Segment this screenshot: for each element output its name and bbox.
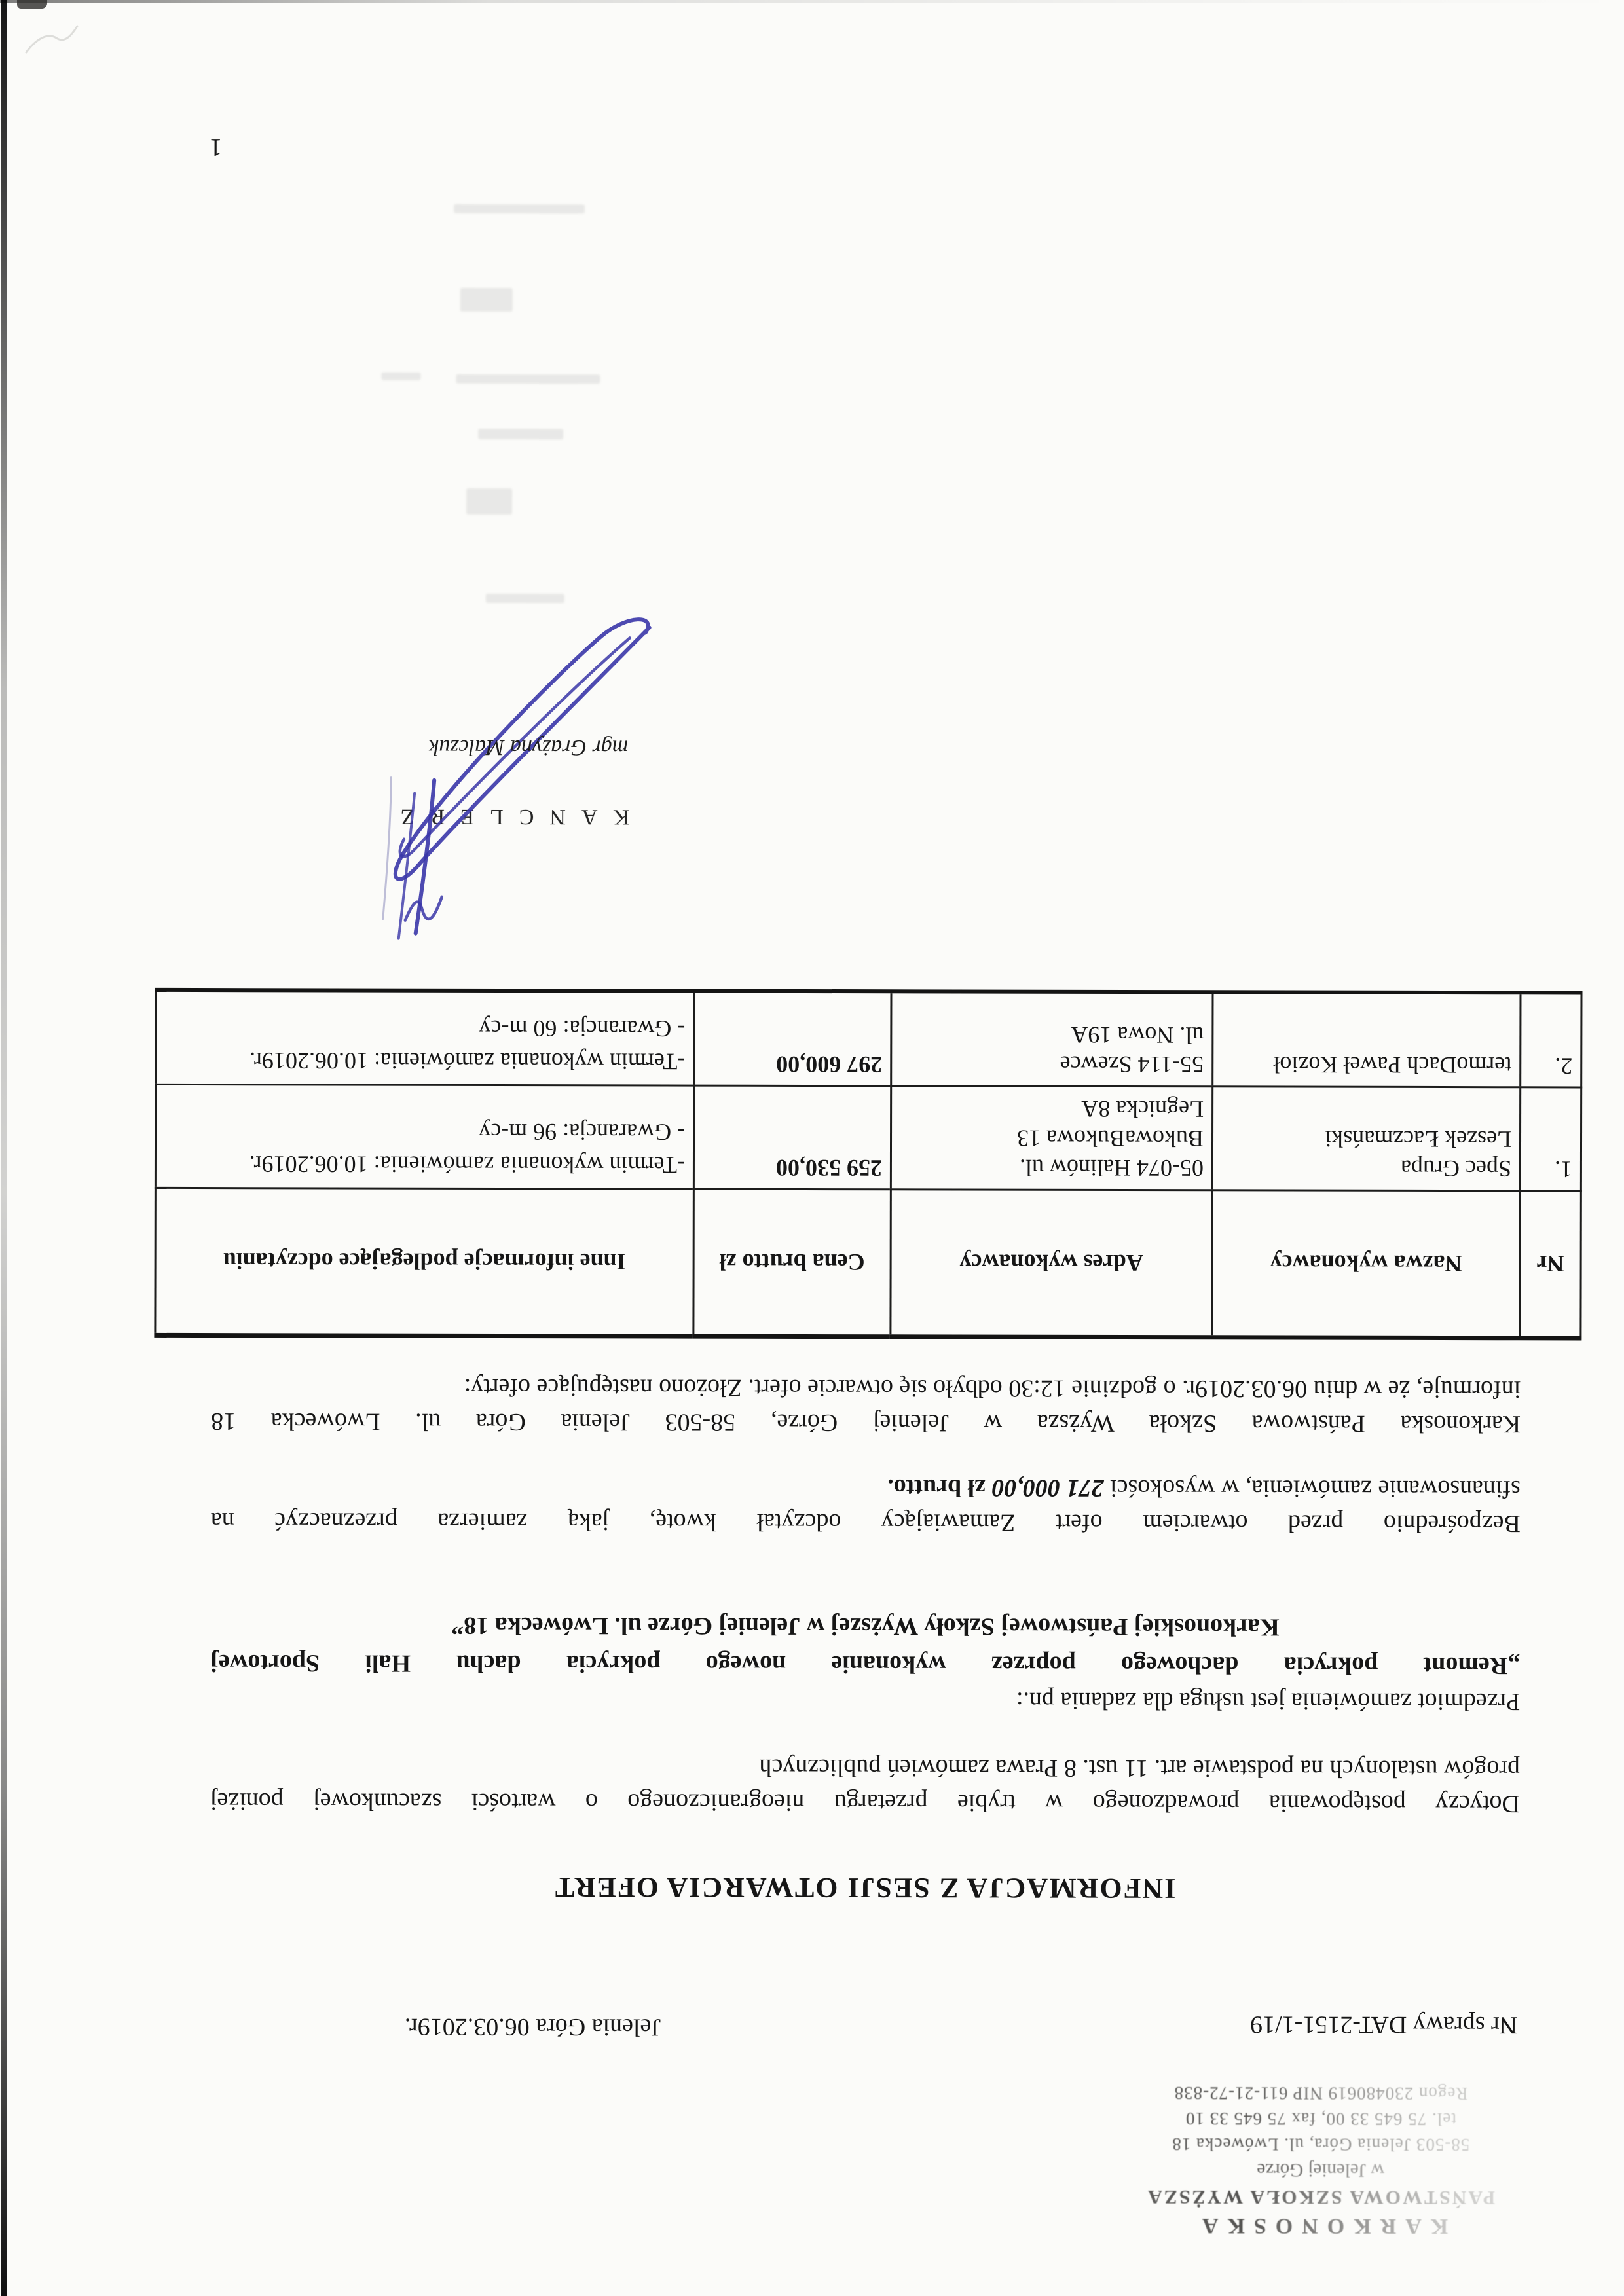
stamp-line: PAŃSTWOWA SZKOŁA WYŻSZA xyxy=(1105,2183,1537,2211)
row2-info-line: - Gwarancja: 60 m-cy xyxy=(164,1011,685,1046)
budget-amount: 271 000,00 xyxy=(992,1474,1104,1502)
row2-address-line: 55-114 Szewce xyxy=(900,1049,1204,1079)
row1-address-line: BukowaBukowa 13 xyxy=(900,1123,1204,1153)
budget-line-2-suffix: zł brutto. xyxy=(887,1474,991,1501)
task-name-line-2: Karkonoskiej Państwowej Szkoły Wyższej w… xyxy=(210,1606,1520,1647)
session-line-1: Karkonoska Państwowa Szkoła Wyższa w Jel… xyxy=(211,1404,1521,1441)
row1-address-line: Legnicka 8A xyxy=(900,1093,1204,1123)
row1-address: 05-074 Halinów ul. BukowaBukowa 13 Legni… xyxy=(891,1086,1212,1190)
budget-paragraph: Bezpośrednio przed otwarciem ofert Zamaw… xyxy=(211,1468,1521,1540)
row2-nr: 2. xyxy=(1521,993,1581,1087)
stamp-line: KARKONOSKA xyxy=(1105,2210,1537,2241)
row1-info: -Termin wykonania zamówienia: 10.06.2019… xyxy=(155,1084,693,1189)
stamp-line: Regon 230480619 NIP 611-21-72-838 xyxy=(1105,2080,1537,2106)
row2-name-line: termoDach Paweł Kozioł xyxy=(1221,1049,1511,1080)
university-stamp: KARKONOSKA PAŃSTWOWA SZKOŁA WYŻSZA w Jel… xyxy=(1105,2080,1538,2241)
table-row: 2. termoDach Paweł Kozioł 55-114 Szewce … xyxy=(156,990,1581,1087)
budget-line-2-prefix: sfinansowanie zamówienia, w wysokości xyxy=(1104,1474,1521,1503)
stamp-line: 58-503 Jelenia Góra, ul. Lwówecka 18 xyxy=(1105,2131,1537,2157)
row1-name-line: Spec Grupa xyxy=(1221,1153,1511,1183)
col-header-nr: Nr xyxy=(1520,1191,1581,1338)
row1-name: Spec Grupa Leszek Łaczmański xyxy=(1212,1087,1520,1191)
budget-line-2: sfinansowanie zamówienia, w wysokości 27… xyxy=(211,1468,1521,1506)
col-header-name: Nazwa wykonawcy xyxy=(1212,1190,1520,1338)
bleed-through-mark xyxy=(486,594,564,603)
intro-line-1: Dotyczy postępowania prowadzonego w tryb… xyxy=(210,1783,1520,1821)
session-line-2: informuje, że w dniu 06.03.2019r. o godz… xyxy=(211,1369,1521,1406)
session-paragraph: Karkonoska Państwowa Szkoła Wyższa w Jel… xyxy=(211,1369,1521,1441)
intro-paragraph: Dotyczy postępowania prowadzonego w tryb… xyxy=(210,1749,1520,1821)
row2-address-line: ul. Nowa 19A xyxy=(900,1019,1204,1049)
row1-info-line: -Termin wykonania zamówienia: 10.06.2019… xyxy=(164,1148,685,1182)
bleed-through-mark xyxy=(478,429,563,439)
offers-table: Nr Nazwa wykonawcy Adres wykonawcy Cena … xyxy=(154,988,1582,1340)
row1-info-line: - Gwarancja: 96 m-cy xyxy=(164,1115,685,1149)
table-header-row: Nr Nazwa wykonawcy Adres wykonawcy Cena … xyxy=(155,1188,1581,1338)
task-name-line-1: „Remont pokrycia dachowego poprzez wykon… xyxy=(210,1644,1520,1685)
scanner-edge-shadow-top xyxy=(0,0,1624,3)
task-name-paragraph: „Remont pokrycia dachowego poprzez wykon… xyxy=(210,1606,1520,1685)
row2-name: termoDach Paweł Kozioł xyxy=(1213,993,1521,1087)
row2-address: 55-114 Szewce ul. Nowa 19A xyxy=(891,992,1213,1087)
case-number: Nr sprawy DAT-2151-1/19 xyxy=(1250,2010,1517,2039)
row1-nr: 1. xyxy=(1520,1087,1581,1191)
signer-name: mgr Grażyna Malczuk xyxy=(429,735,628,760)
signature-ink-scribble xyxy=(327,604,668,945)
bleed-through-mark xyxy=(381,373,420,380)
row2-info-line: -Termin wykonania zamówienia: 10.06.2019… xyxy=(164,1044,685,1078)
col-header-price: Cena brutto zł xyxy=(693,1189,891,1337)
pencil-smudge xyxy=(22,18,81,64)
row1-name-line: Leszek Łaczmański xyxy=(1221,1123,1511,1154)
col-header-info: Inne informacje podlegające odczytaniu xyxy=(155,1188,693,1336)
row1-address-line: 05-074 Halinów ul. xyxy=(900,1152,1204,1182)
bleed-through-mark xyxy=(466,488,512,515)
bleed-through-mark xyxy=(460,288,513,312)
page-number: 1 xyxy=(210,133,222,162)
place-and-date: Jelenia Góra 06.03.2019r. xyxy=(405,2013,661,2042)
col-header-address: Adres wykonawcy xyxy=(891,1190,1212,1338)
stamp-line: tel. 75 645 33 00, fax 75 645 33 10 xyxy=(1105,2105,1537,2132)
bleed-through-mark xyxy=(456,374,600,384)
subject-lead: Przedmiot zamówienia jest usługa dla zad… xyxy=(210,1681,1520,1719)
intro-line-2: progów ustalonych na podstawie art. 11 u… xyxy=(210,1749,1520,1786)
row1-price: 259 530,00 xyxy=(693,1085,891,1190)
stamp-line: w Jeleniej Górze xyxy=(1105,2157,1537,2183)
document-rotated-180: KARKONOSKA PAŃSTWOWA SZKOŁA WYŻSZA w Jel… xyxy=(0,0,1624,2296)
document-title: INFORMACJA Z SESJI OTWARCIA OFERT xyxy=(210,1870,1520,1906)
row2-info: -Termin wykonania zamówienia: 10.06.2019… xyxy=(156,990,694,1085)
bleed-through-mark xyxy=(454,204,585,213)
table-row: 1. Spec Grupa Leszek Łaczmański 05-074 H… xyxy=(155,1084,1581,1191)
scanned-page: KARKONOSKA PAŃSTWOWA SZKOŁA WYŻSZA w Jel… xyxy=(0,0,1624,2296)
budget-line-1: Bezpośrednio przed otwarciem ofert Zamaw… xyxy=(211,1503,1521,1540)
row2-price: 297 600,00 xyxy=(694,991,891,1086)
scanner-edge-notch xyxy=(17,0,47,9)
scanner-edge-shadow-left xyxy=(1,0,7,2296)
